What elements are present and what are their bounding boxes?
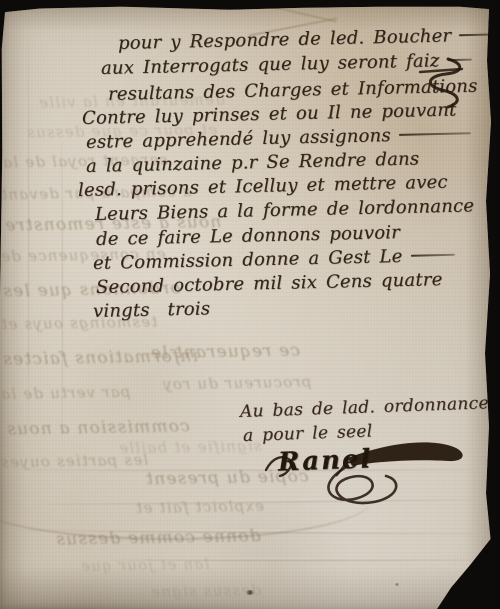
signature-paraph [248,436,473,514]
ink-bleedthrough-line: commission a nous [6,416,190,439]
handwritten-line: Second octobre mil six Cens quatre [96,269,443,298]
ink-bleedthrough-line: dessus signe [150,581,261,601]
paper-crease [209,0,336,23]
ink-bleedthrough-line: exploict fait et [135,497,264,517]
ink-spot [395,583,399,586]
ink-bleedthrough-line: signifie et baille [118,437,262,458]
manuscript-scan: demeurant en la ville et pour ce que des… [0,0,500,609]
ink-bleedthrough-line: par vertu de la [0,383,131,403]
ink-bleedthrough-line: lan et jour que [80,555,210,575]
ink-bleedthrough-line: procureur du roy [162,373,312,394]
ink-bleedthrough-line: ce requerant le [150,341,300,364]
handwritten-line: aux Interrogats que luy seront faiz [101,50,472,79]
ink-bleedthrough-line: donne comme dessus [55,526,261,550]
ink-flourish [418,56,466,110]
paper-sheet: demeurant en la ville et pour ce que des… [0,0,500,609]
closing-line: Au bas de lad. ordonnance [240,393,489,422]
handwritten-line: vingts trois [93,298,211,322]
